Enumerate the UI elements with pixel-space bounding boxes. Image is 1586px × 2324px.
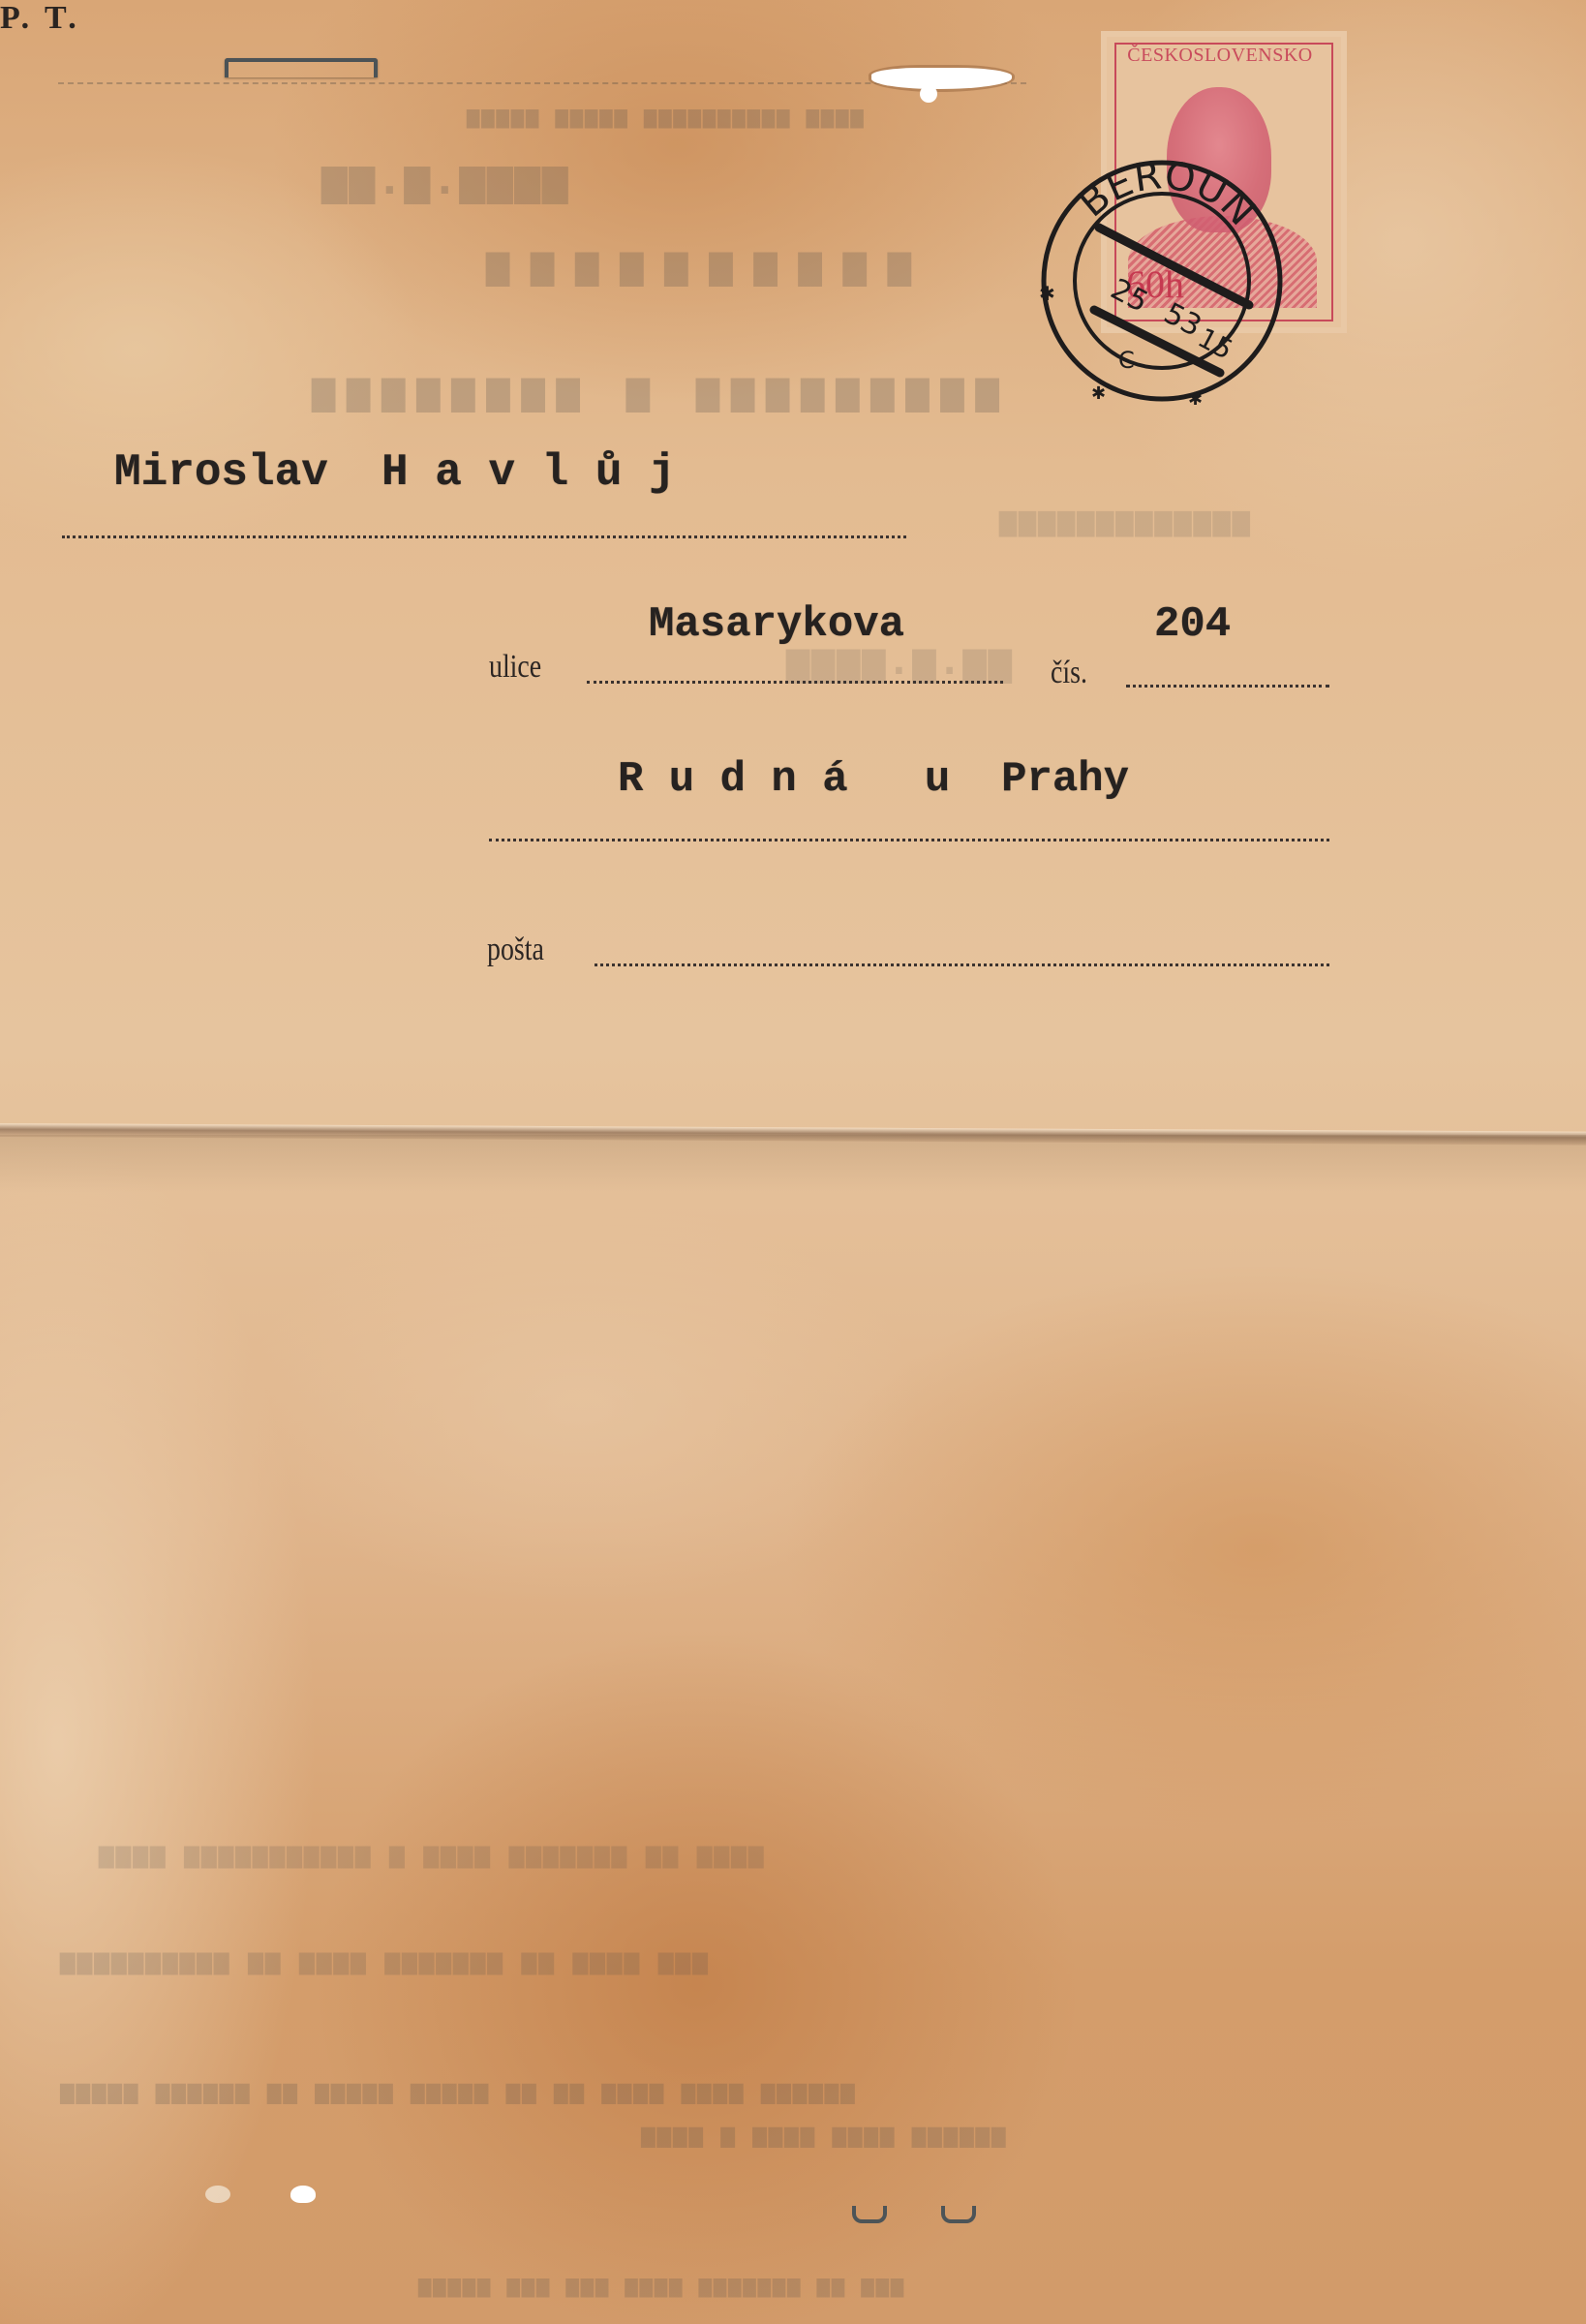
bleed-through-text: ▆▆▆▆.▆.▆▆ (320, 155, 567, 204)
postmark-town: BEROUN (1071, 153, 1264, 234)
number-label: čís. (1051, 655, 1087, 691)
svg-text:✱: ✱ (1091, 383, 1106, 403)
bleed-through-text: ▆▆▆▆▆▆▆▆▆▆ (465, 242, 911, 287)
staple-bottom-left (852, 2206, 887, 2223)
punch-hole (290, 2186, 316, 2203)
post-label: pošta (487, 932, 544, 968)
bleed-through-text: ▆▆▆▆▆▆ ▆▆▆▆ ▆▆▆▆ ▆▆ ▆▆ ▆▆▆▆▆ ▆▆▆▆▆ ▆▆ ▆▆… (58, 2077, 854, 2104)
recipient-name: Miroslav H a v l ů j (114, 447, 676, 498)
bleed-through-text: ▆▆▆▆▆▆▆▆▆ ▆ ▆▆▆▆▆▆▆▆ (300, 368, 999, 413)
svg-text:✱: ✱ (1188, 389, 1203, 409)
postmark-day: 25 (1105, 272, 1153, 320)
postmark-cancellation: BEROUN 25 53 15 C ✱ ✱ ✱ (1041, 136, 1331, 426)
post-dotted-line (595, 963, 1329, 966)
town-value: R u d n á u Prahy (618, 755, 1129, 804)
town-dotted-line (489, 839, 1329, 841)
house-number-value: 204 (1154, 600, 1231, 649)
postmark-letter: C (1118, 347, 1135, 374)
street-label: ulice (489, 649, 541, 686)
bleed-through-text: ▆▆▆▆▆▆ ▆▆▆▆ ▆▆▆▆ ▆ ▆▆▆▆ (639, 2121, 1005, 2148)
street-dotted-line (587, 681, 1003, 684)
bleed-through-text: ▆▆▆▆▆▆▆▆▆▆▆▆▆ (997, 504, 1250, 537)
punch-hole (205, 2186, 230, 2203)
bleed-through-text: ▆▆▆ ▆▆ ▆▆▆▆▆▆▆ ▆▆▆▆ ▆▆▆ ▆▆▆ ▆▆▆▆▆ (416, 2274, 903, 2298)
name-dotted-line (62, 535, 906, 538)
salutation: P. T. (0, 0, 1586, 37)
staple-top (225, 58, 378, 77)
bleed-through-text: ▆▆▆▆ ▆▆ ▆▆▆▆▆▆▆ ▆▆▆▆ ▆ ▆▆▆▆▆▆▆▆▆▆▆ ▆▆▆▆ (97, 1840, 763, 1869)
bleed-through-text: ▆▆▆▆ ▆▆▆▆▆▆▆▆▆▆ ▆▆▆▆▆ ▆▆▆▆▆ (465, 105, 864, 129)
number-dotted-line (1126, 685, 1329, 688)
torn-hole-top (871, 68, 1012, 89)
postmark-icon: BEROUN 25 53 15 C ✱ ✱ ✱ (1041, 136, 1331, 426)
svg-text:BEROUN: BEROUN (1071, 153, 1264, 234)
bleed-through-text: ▆▆▆ ▆▆▆▆ ▆▆ ▆▆▆▆▆▆▆ ▆▆▆▆ ▆▆ ▆▆▆▆▆▆▆▆▆▆ (58, 1946, 708, 1975)
svg-text:✱: ✱ (1039, 284, 1055, 305)
staple-bottom-right (941, 2206, 976, 2223)
stamp-country: ČESKOSLOVENSKO (1118, 45, 1322, 67)
postal-form-page: ▆▆▆▆ ▆▆▆▆▆▆▆▆▆▆ ▆▆▆▆▆ ▆▆▆▆▆ ▆▆▆▆.▆.▆▆ ▆▆… (0, 0, 1586, 2324)
fold-shadow (0, 1135, 1586, 1193)
street-value: Masarykova (649, 600, 904, 649)
